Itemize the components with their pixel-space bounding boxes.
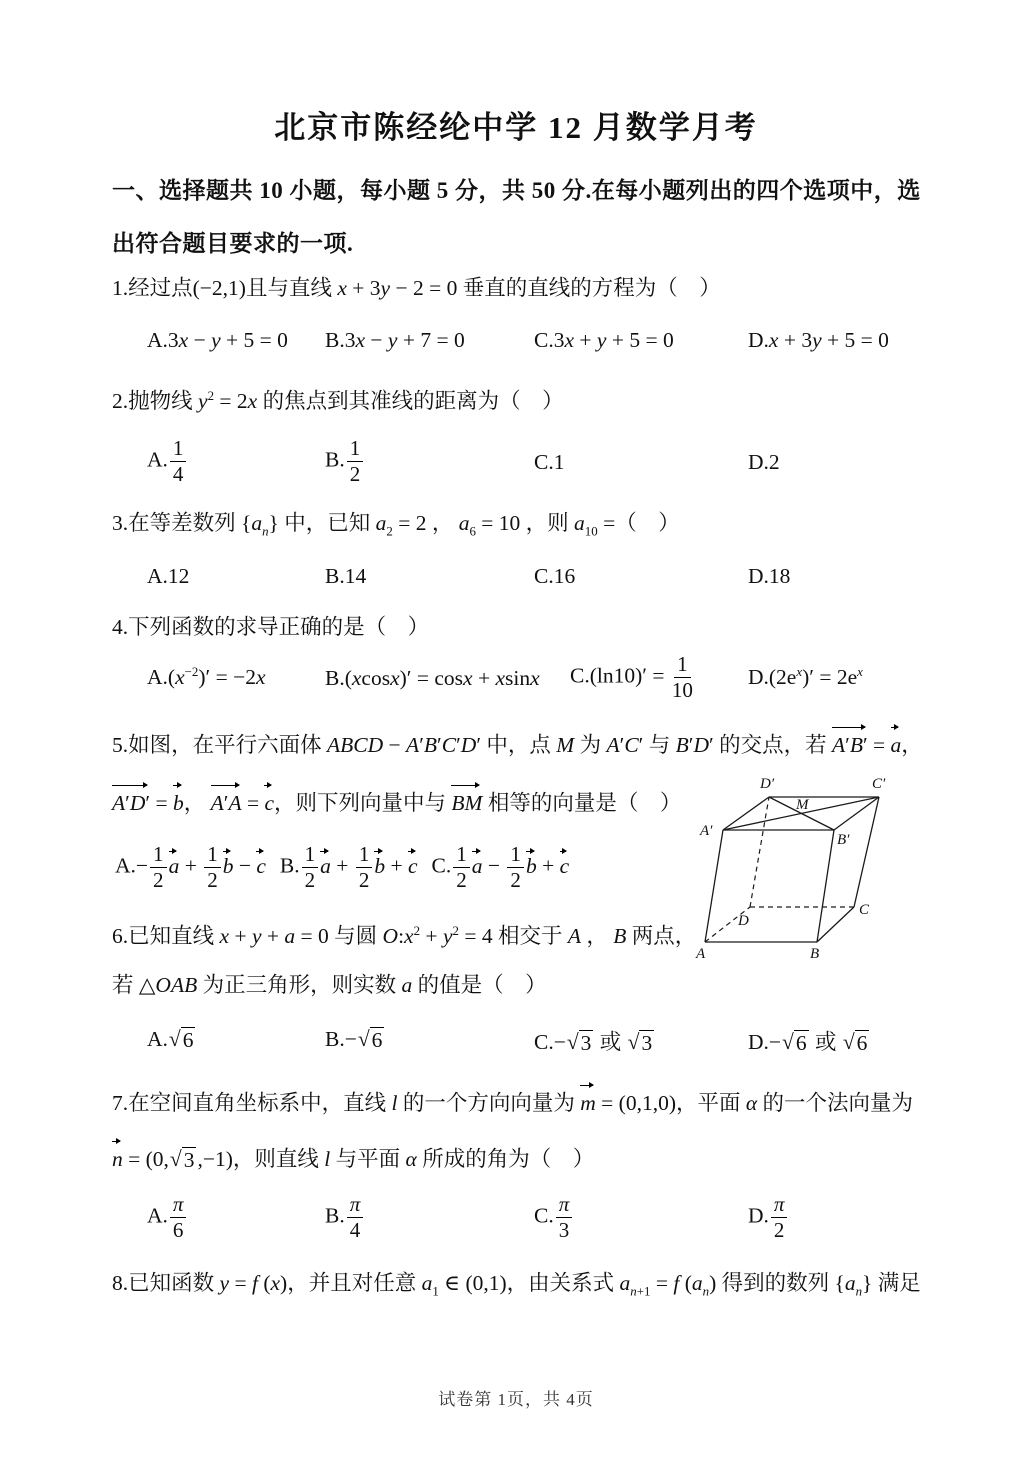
- q1-option-b: B.3x − y + 7 = 0: [325, 328, 534, 353]
- q2-options: A.14 B.12 C.1 D.2: [147, 434, 992, 490]
- vertex-label-c-prime: C′: [872, 776, 886, 792]
- q4-option-c: C.(ln10)′ = 110: [570, 653, 748, 702]
- q6-options: A.√6 B.−√6 C.−√3 或 √3 D.−√6 或 √6: [147, 1020, 992, 1060]
- q5-stem-line-1: 5.如图，在平行六面体 ABCD − A′B′C′D′ 中，点 M 为 A′C′…: [112, 726, 923, 760]
- q4-option-b: B.(xcosx)′ = cosx + xsinx: [325, 666, 570, 691]
- vertex-label-b-prime: B′: [837, 832, 850, 848]
- q5-stem-line-2: A′D′ = b， A′A = c，则下列向量中与 BM 相等的向量是（ ）: [112, 784, 681, 818]
- q2-option-b: B.12: [325, 437, 534, 486]
- q4-option-a: A.(x−2)′ = −2x: [147, 665, 325, 690]
- q7-option-b: B.π4: [325, 1193, 534, 1242]
- exam-page: 北京市陈经纶中学 12 月数学月考 一、选择题共 10 小题，每小题 5 分，共…: [0, 0, 1032, 1457]
- vertex-label-d: D: [737, 913, 749, 929]
- vertex-label-a-prime: A′: [699, 823, 713, 839]
- vertex-label-a: A: [695, 946, 706, 962]
- q8-stem: 8.已知函数 y = f (x)，并且对任意 a1 ∈ (0,1)，由关系式 a…: [112, 1268, 921, 1306]
- q1-options: A.3x − y + 5 = 0 B.3x − y + 7 = 0 C.3x +…: [147, 322, 992, 358]
- q1-option-d: D.x + 3y + 5 = 0: [748, 328, 992, 353]
- q5-option-c: C.12a − 12b + c: [432, 843, 570, 892]
- q3-options: A.12 B.14 C.16 D.18: [147, 558, 992, 594]
- q7-stem-line-2: n = (0,√3,−1)，则直线 l 与平面 α 所成的角为（ ）: [112, 1140, 594, 1174]
- q4-option-d: D.(2ex)′ = 2ex: [748, 665, 992, 690]
- q7-option-d: D.π2: [748, 1193, 992, 1242]
- q3-option-a: A.12: [147, 564, 325, 589]
- section-header-line-1: 一、选择题共 10 小题，每小题 5 分，共 50 分.在每小题列出的四个选项中…: [112, 172, 942, 205]
- parallelepiped-figure: A B C D A′ B′ C′ D′ M: [688, 772, 900, 968]
- vertex-label-c: C: [859, 902, 870, 918]
- q4-options: A.(x−2)′ = −2x B.(xcosx)′ = cosx + xsinx…: [147, 650, 992, 706]
- page-footer: 试卷第 1页，共 4页: [0, 1385, 1032, 1410]
- q2-stem: 2.抛物线 y2 = 2x 的焦点到其准线的距离为（ ）: [112, 381, 564, 416]
- q6-stem-line-1: 6.已知直线 x + y + a = 0 与圆 O:x2 + y2 = 4 相交…: [112, 916, 696, 951]
- vertex-label-m: M: [795, 797, 810, 813]
- q3-option-b: B.14: [325, 564, 534, 589]
- q1-option-a: A.3x − y + 5 = 0: [147, 328, 325, 353]
- section-header-line-2: 出符合题目要求的一项.: [112, 225, 942, 258]
- q2-option-a: A.14: [147, 437, 325, 486]
- q1-stem: 1.经过点(−2,1)且与直线 x + 3y − 2 = 0 垂直的直线的方程为…: [112, 273, 721, 303]
- q1-option-c: C.3x + y + 5 = 0: [534, 328, 748, 353]
- page-title: 北京市陈经纶中学 12 月数学月考: [0, 102, 1032, 147]
- vertex-label-d-prime: D′: [759, 776, 775, 792]
- q5-option-b: B.12a + 12b + c: [280, 843, 418, 892]
- q5-option-a: A.−12a + 12b − c: [115, 843, 266, 892]
- q4-stem: 4.下列函数的求导正确的是（ ）: [112, 612, 429, 642]
- q6-stem-line-2: 若 △OAB 为正三角形，则实数 a 的值是（ ）: [112, 970, 547, 1000]
- q7-options: A.π6 B.π4 C.π3 D.π2: [147, 1190, 992, 1246]
- q2-option-c: C.1: [534, 450, 748, 475]
- q5-options: A.−12a + 12b − c B.12a + 12b + c C.12a −…: [115, 840, 715, 896]
- q6-option-a: A.√6: [147, 1027, 325, 1053]
- q6-option-c: C.−√3 或 √3: [534, 1025, 748, 1056]
- vertex-label-b: B: [810, 946, 819, 962]
- q3-stem: 3.在等差数列 {an} 中，已知 a2 = 2 ， a6 = 10 ，则 a1…: [112, 508, 680, 546]
- parallelepiped-svg: A B C D A′ B′ C′ D′ M: [688, 772, 900, 968]
- q3-option-d: D.18: [748, 564, 992, 589]
- q2-option-d: D.2: [748, 450, 992, 475]
- q6-option-d: D.−√6 或 √6: [748, 1025, 992, 1056]
- q3-option-c: C.16: [534, 564, 748, 589]
- q7-stem-line-1: 7.在空间直角坐标系中，直线 l 的一个方向向量为 m = (0,1,0)，平面…: [112, 1084, 913, 1118]
- q6-option-b: B.−√6: [325, 1027, 534, 1053]
- q7-option-c: C.π3: [534, 1193, 748, 1242]
- q7-option-a: A.π6: [147, 1193, 325, 1242]
